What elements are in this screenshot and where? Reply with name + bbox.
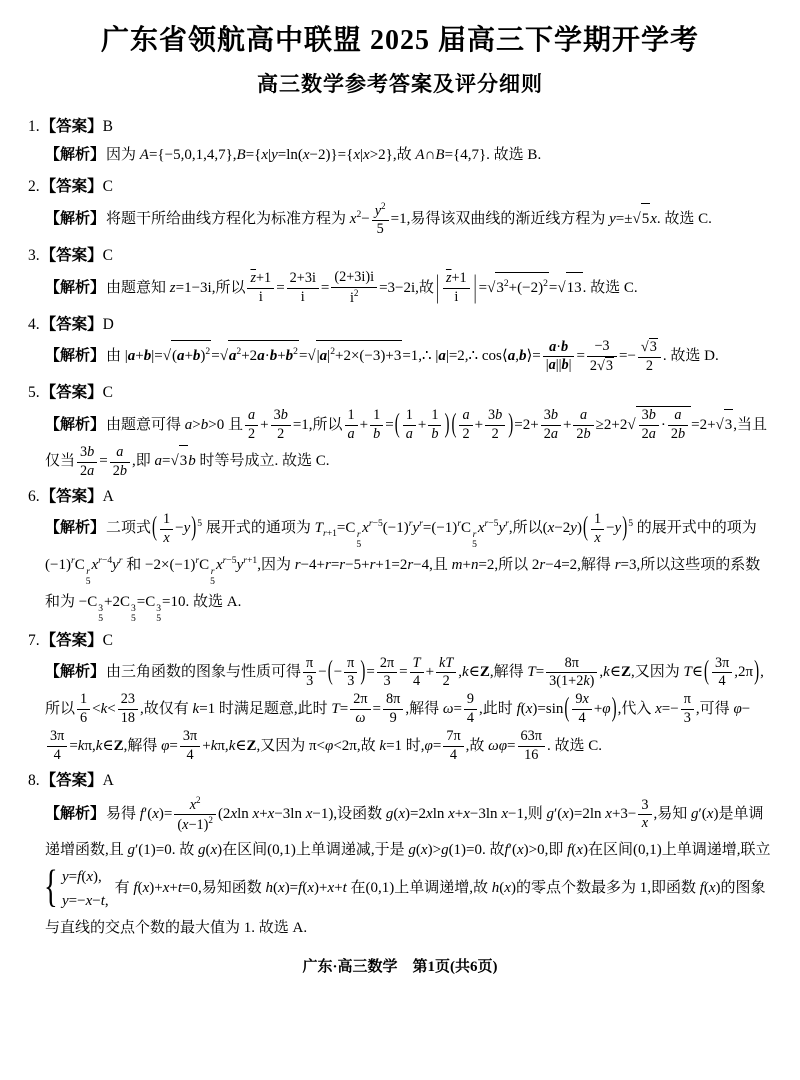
question-number: 1. <box>28 118 40 135</box>
analysis-label: 【解析】 <box>45 416 105 433</box>
answer-line: 4.【答案】D <box>28 312 772 338</box>
question-number: 3. <box>28 247 40 264</box>
answer-label: 【答案】 <box>41 316 103 333</box>
analysis-text: 由三角函数的图象与性质可得π3−(−π3)=2π3=T4+kT2,k∈Z,解得 … <box>45 664 764 753</box>
question-1: 1.【答案】B 【解析】因为 A={−5,0,1,4,7},B={x|y=ln(… <box>28 114 772 170</box>
answer-line: 5.【答案】C <box>28 380 772 406</box>
answer-choice: C <box>103 632 113 649</box>
analysis-label: 【解析】 <box>45 347 105 364</box>
analysis-line: 【解析】由题意可得 a>b>0 且a2+3b2=1,所以1a+1b=(1a+1b… <box>45 406 772 480</box>
answer-choice: C <box>103 178 113 195</box>
question-number: 5. <box>28 384 40 401</box>
question-number: 8. <box>28 772 40 789</box>
question-8: 8.【答案】A 【解析】易得 f′(x)=x2(x−1)2(2xln x+x−3… <box>28 768 772 942</box>
analysis-text: 因为 A={−5,0,1,4,7},B={x|y=ln(x−2)}={x|x>2… <box>106 147 541 163</box>
question-3: 3.【答案】C 【解析】由题意知 z=1−3i,所以z+1i=2+3ii=(2+… <box>28 243 772 308</box>
page-subtitle: 高三数学参考答案及评分细则 <box>28 68 772 98</box>
analysis-text: 二项式(1x−y)5 展开式的通项为 Tr+1=Cr5xr−5(−1)ryr=(… <box>45 520 760 610</box>
analysis-text: 易得 f′(x)=x2(x−1)2(2xln x+x−3ln x−1),设函数 … <box>45 806 770 936</box>
question-number: 6. <box>28 488 40 505</box>
analysis-label: 【解析】 <box>45 663 105 680</box>
answer-label: 【答案】 <box>41 118 103 135</box>
analysis-line: 【解析】由 |a+b|=(a+b)2=a2+2a·b+b2=|a|2+2×(−3… <box>45 338 772 376</box>
analysis-line: 【解析】二项式(1x−y)5 展开式的通项为 Tr+1=Cr5xr−5(−1)r… <box>45 511 772 625</box>
answer-choice: A <box>103 488 114 505</box>
analysis-label: 【解析】 <box>45 279 105 296</box>
analysis-line: 【解析】由三角函数的图象与性质可得π3−(−π3)=2π3=T4+kT2,k∈Z… <box>45 655 772 765</box>
analysis-line: 【解析】由题意知 z=1−3i,所以z+1i=2+3ii=(2+3i)ii2=3… <box>45 269 772 307</box>
question-number: 4. <box>28 316 40 333</box>
answer-line: 2.【答案】C <box>28 174 772 200</box>
question-number: 7. <box>28 632 40 649</box>
answer-label: 【答案】 <box>41 632 103 649</box>
answer-choice: B <box>103 118 113 135</box>
answer-sheet-page: 广东省领航高中联盟 2025 届高三下学期开学考 高三数学参考答案及评分细则 1… <box>0 0 800 976</box>
answer-choice: D <box>103 316 114 333</box>
question-2: 2.【答案】C 【解析】将题干所给曲线方程化为标准方程为 x2−y25=1,易得… <box>28 174 772 239</box>
question-7: 7.【答案】C 【解析】由三角函数的图象与性质可得π3−(−π3)=2π3=T4… <box>28 628 772 764</box>
answer-line: 8.【答案】A <box>28 768 772 794</box>
analysis-label: 【解析】 <box>45 805 105 822</box>
question-number: 2. <box>28 178 40 195</box>
answer-line: 6.【答案】A <box>28 484 772 510</box>
analysis-text: 由 |a+b|=(a+b)2=a2+2a·b+b2=|a|2+2×(−3)+3=… <box>106 348 719 364</box>
answer-line: 3.【答案】C <box>28 243 772 269</box>
answer-label: 【答案】 <box>41 247 103 264</box>
answer-label: 【答案】 <box>41 384 103 401</box>
analysis-line: 【解析】因为 A={−5,0,1,4,7},B={x|y=ln(x−2)}={x… <box>45 140 772 170</box>
answer-label: 【答案】 <box>41 178 103 195</box>
answer-label: 【答案】 <box>41 488 103 505</box>
analysis-label: 【解析】 <box>45 519 105 536</box>
answer-label: 【答案】 <box>41 772 103 789</box>
page-title: 广东省领航高中联盟 2025 届高三下学期开学考 <box>28 18 772 58</box>
analysis-text: 由题意知 z=1−3i,所以z+1i=2+3ii=(2+3i)ii2=3−2i,… <box>106 280 638 296</box>
analysis-text: 由题意可得 a>b>0 且a2+3b2=1,所以1a+1b=(1a+1b)(a2… <box>45 417 767 470</box>
question-5: 5.【答案】C 【解析】由题意可得 a>b>0 且a2+3b2=1,所以1a+1… <box>28 380 772 481</box>
answer-line: 1.【答案】B <box>28 114 772 140</box>
analysis-label: 【解析】 <box>45 146 105 163</box>
questions-list: 1.【答案】B 【解析】因为 A={−5,0,1,4,7},B={x|y=ln(… <box>28 114 772 943</box>
analysis-line: 【解析】将题干所给曲线方程化为标准方程为 x2−y25=1,易得该双曲线的渐近线… <box>45 201 772 239</box>
answer-choice: C <box>103 247 113 264</box>
analysis-text: 将题干所给曲线方程化为标准方程为 x2−y25=1,易得该双曲线的渐近线方程为 … <box>106 211 712 227</box>
question-4: 4.【答案】D 【解析】由 |a+b|=(a+b)2=a2+2a·b+b2=|a… <box>28 312 772 376</box>
question-6: 6.【答案】A 【解析】二项式(1x−y)5 展开式的通项为 Tr+1=Cr5x… <box>28 484 772 624</box>
page-footer: 广东·高三数学 第1页(共6页) <box>28 955 772 976</box>
answer-choice: A <box>103 772 114 789</box>
analysis-line: 【解析】易得 f′(x)=x2(x−1)2(2xln x+x−3ln x−1),… <box>45 795 772 943</box>
answer-line: 7.【答案】C <box>28 628 772 654</box>
answer-choice: C <box>103 384 113 401</box>
analysis-label: 【解析】 <box>45 210 105 227</box>
